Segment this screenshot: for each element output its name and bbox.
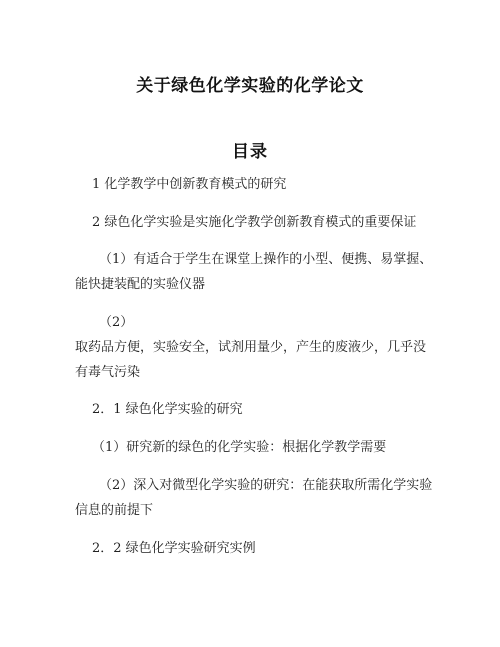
- toc-entry-2-1-item-2-line-1: （2）深入对微型化学实验的研究：在能获取所需化学实验: [99, 478, 432, 494]
- toc-entry-2-2-line-1: （2）: [99, 315, 133, 331]
- document-page: 关于绿色化学实验的化学论文 目录 1 化学教学中创新教育模式的研究 2 绿色化学…: [0, 0, 500, 647]
- toc-entry-2-1-line-1: （1）有适合于学生在课堂上操作的小型、便携、易掌握、: [99, 252, 432, 268]
- toc-entry-2-1-item-1: （1）研究新的绿色的化学实验：根据化学教学需要: [92, 440, 386, 456]
- toc-entry-2-1-item-2-line-2: 信息的前提下: [75, 503, 153, 519]
- toc-entry-2-2-line-2: 取药品方便，实验安全，试剂用量少，产生的废液少，几乎没: [75, 340, 426, 356]
- toc-entry-2-1-line-2: 能快捷装配的实验仪器: [75, 277, 205, 293]
- toc-heading: 目录: [0, 137, 500, 162]
- toc-entry-2-2-section: 2．2 绿色化学实验研究实例: [92, 541, 256, 557]
- toc-entry-2-1-section: 2．1 绿色化学实验的研究: [92, 402, 243, 418]
- toc-entry-2: 2 绿色化学实验是实施化学教学创新教育模式的重要保证: [92, 215, 416, 231]
- document-title: 关于绿色化学实验的化学论文: [0, 71, 500, 96]
- toc-entry-1: 1 化学教学中创新教育模式的研究: [92, 177, 286, 193]
- toc-entry-2-2-line-3: 有毒气污染: [75, 365, 140, 381]
